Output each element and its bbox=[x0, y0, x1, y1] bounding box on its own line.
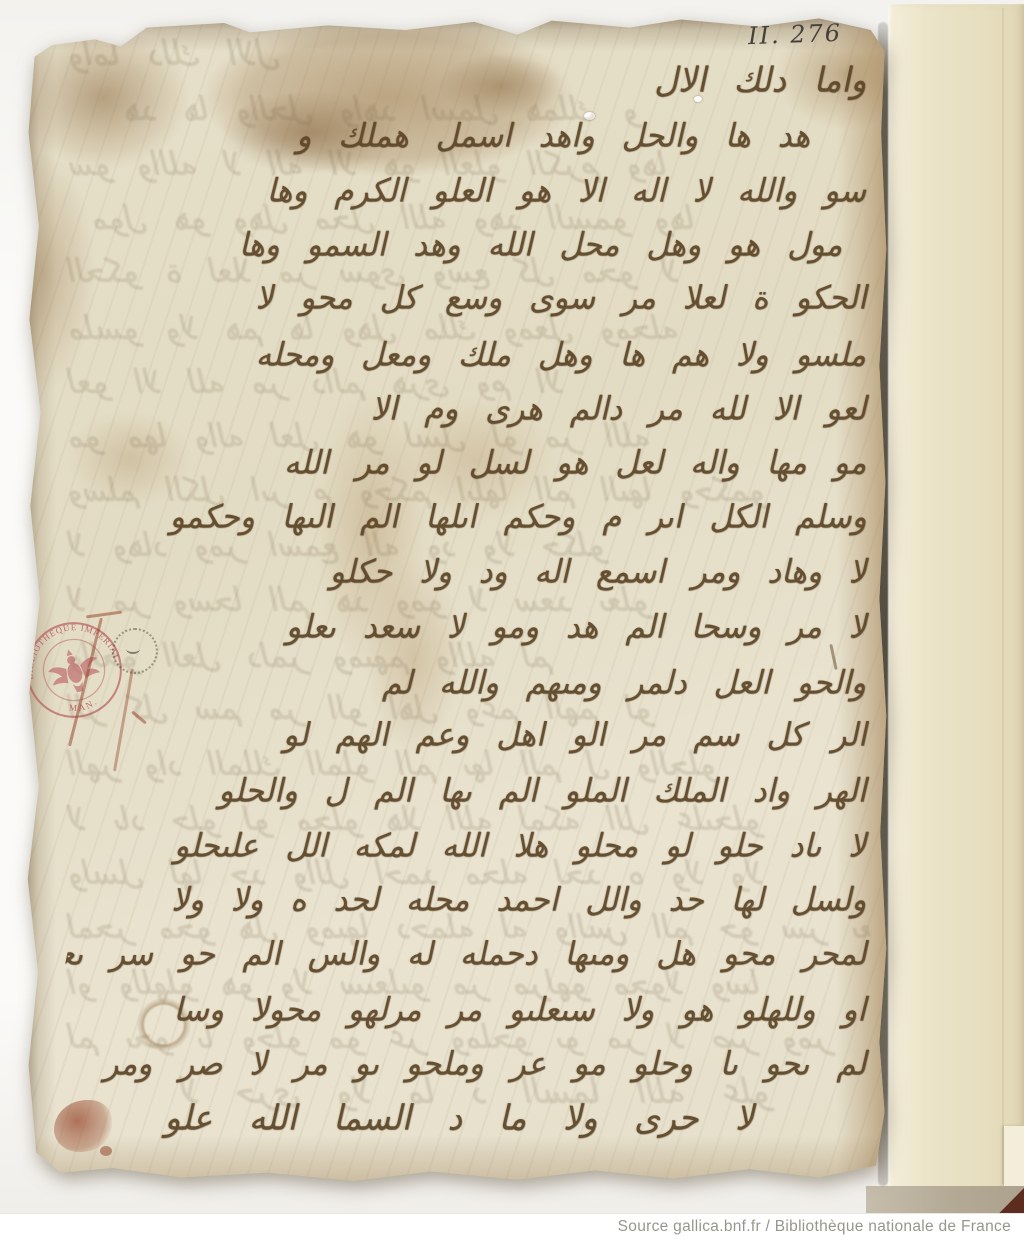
photograph-area: واما دلك الالهد ها والحل واهد اسمل هملك … bbox=[0, 0, 1024, 1213]
script-line: لمحر محو هل ومىها دحمله له والس الم حو س… bbox=[62, 925, 876, 982]
board-under-sliver bbox=[1004, 1126, 1024, 1188]
script-line: ولسل لها حد والل احمد محله لحد ه ولا ولا bbox=[61, 872, 876, 929]
script-line: والحو العل دلمر ومىهم والله لم bbox=[60, 654, 876, 711]
script-line: لعو الا لله مر دالم هرى وم الا bbox=[61, 380, 876, 437]
script-line: مو مها واله لعل هو لسل لو مر الله bbox=[61, 435, 876, 492]
faint-dotted-stamp bbox=[112, 628, 158, 674]
parchment-surface: واما دلك الالهد ها والحل واهد اسمل هملك … bbox=[26, 16, 888, 1182]
source-attribution-text: Source gallica.bnf.fr / Bibliothèque nat… bbox=[618, 1218, 1011, 1236]
script-line: الهر واد الملك الملو الم ىها الم ل والحل… bbox=[61, 762, 876, 819]
script-line: لم ىحو ىا وحلو مو عر وملحو ىو مر لا صر و… bbox=[61, 1035, 876, 1092]
source-attribution-bar: Source gallica.bnf.fr / Bibliothèque nat… bbox=[0, 1213, 1024, 1239]
gallica-scan-page: واما دلك الالهد ها والحل واهد اسمل هملك … bbox=[0, 0, 1024, 1239]
script-line: هد ها والحل واهد اسمل هملك و bbox=[61, 107, 876, 164]
stamp-eagle-icon bbox=[44, 642, 105, 698]
red-stain-dot bbox=[100, 1146, 112, 1156]
script-text-block: واما دلك الالهد ها والحل واهد اسمل هملك … bbox=[67, 54, 869, 1146]
folio-annotation: II. 276 bbox=[748, 18, 869, 50]
script-line: الر كل سم مر الو اهل وعم الهم لو bbox=[62, 707, 876, 764]
stamp-bottom-text: MAN. bbox=[66, 695, 101, 717]
script-line: لا حرى ولا ما د السما الله علو bbox=[61, 1090, 876, 1147]
script-line: لا ىاد حلو لو محلو هلا الله لمكه الل على… bbox=[60, 818, 876, 875]
script-line: ملسو ولا هم ها وهل ملك ومعل ومحله bbox=[60, 327, 876, 384]
board-crease bbox=[1002, 8, 1004, 1184]
script-line: او وللهلو هو ولا سىعلىو مر مرلهو محولا و… bbox=[60, 982, 876, 1039]
script-line: الحكو ة لعلا مر سوى وسع كل محو لا bbox=[62, 270, 876, 327]
script-line: لا مر وسحا الم هد ومو لا سعد ىعلو bbox=[61, 599, 876, 656]
table-surface bbox=[866, 1186, 1024, 1213]
script-line: سو والله لا اله الا هو العلو الكرم وها bbox=[60, 163, 876, 220]
script-line: وسلم الكل اىر م وحكم اىلها الم الىها وحك… bbox=[62, 489, 876, 546]
script-line: واما دلك الال bbox=[62, 52, 876, 109]
svg-text:MAN.: MAN. bbox=[66, 695, 101, 717]
script-line: لا وهاد ومر اسمع اله ود ولا حكلو bbox=[61, 544, 876, 601]
parchment-leaf: واما دلك الالهد ها والحل واهد اسمل هملك … bbox=[26, 16, 888, 1182]
script-line: مول هو وهل محل الله وهد السمو وها bbox=[61, 216, 876, 273]
